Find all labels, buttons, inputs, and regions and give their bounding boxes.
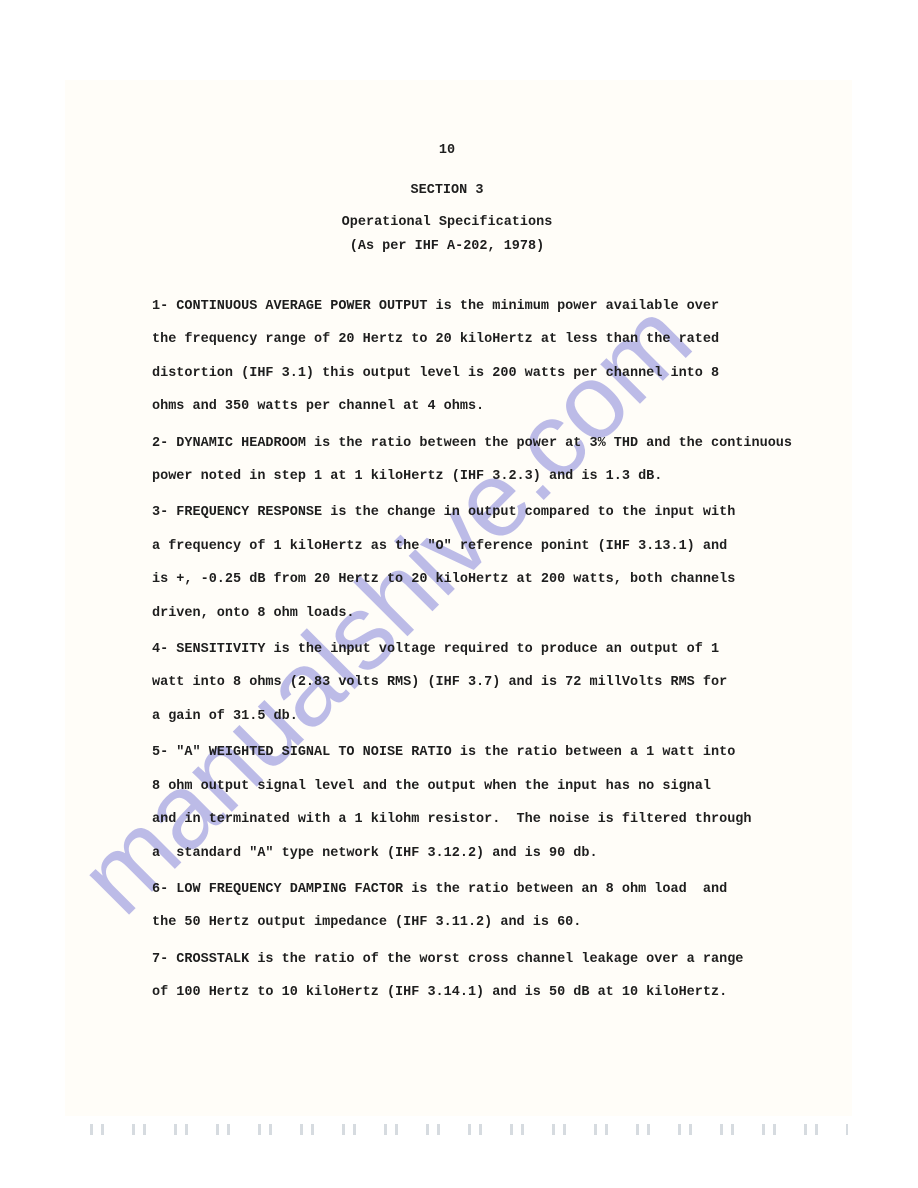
doc-line: the 50 Hertz output impedance (IHF 3.11.… [152, 906, 852, 939]
spec-paragraph-7: 7- CROSSTALK is the ratio of the worst c… [152, 943, 852, 1010]
doc-line: watt into 8 ohms (2.83 volts RMS) (IHF 3… [152, 666, 852, 699]
doc-line: a frequency of 1 kiloHertz as the "O" re… [152, 530, 852, 563]
page-edge-perforation [90, 1124, 848, 1135]
spec-paragraph-6: 6- LOW FREQUENCY DAMPING FACTOR is the r… [152, 873, 852, 940]
spec-paragraph-2: 2- DYNAMIC HEADROOM is the ratio between… [152, 427, 852, 494]
doc-line: ohms and 350 watts per channel at 4 ohms… [152, 390, 852, 423]
doc-line: 7- CROSSTALK is the ratio of the worst c… [152, 943, 852, 976]
doc-line: the frequency range of 20 Hertz to 20 ki… [152, 323, 852, 356]
spec-paragraph-3: 3- FREQUENCY RESPONSE is the change in o… [152, 496, 852, 630]
specifications-body: 1- CONTINUOUS AVERAGE POWER OUTPUT is th… [152, 290, 852, 1013]
doc-line: power noted in step 1 at 1 kiloHertz (IH… [152, 460, 852, 493]
scanned-document-page: manualshive.com 10 SECTION 3 Operational… [0, 0, 918, 1188]
doc-line: of 100 Hertz to 10 kiloHertz (IHF 3.14.1… [152, 976, 852, 1009]
spec-paragraph-5: 5- "A" WEIGHTED SIGNAL TO NOISE RATIO is… [152, 736, 852, 870]
doc-line: distortion (IHF 3.1) this output level i… [152, 357, 852, 390]
doc-line: 8 ohm output signal level and the output… [152, 770, 852, 803]
doc-line: 3- FREQUENCY RESPONSE is the change in o… [152, 496, 852, 529]
doc-line: is +, -0.25 dB from 20 Hertz to 20 kiloH… [152, 563, 852, 596]
doc-line: and in terminated with a 1 kilohm resist… [152, 803, 852, 836]
doc-line: 5- "A" WEIGHTED SIGNAL TO NOISE RATIO is… [152, 736, 852, 769]
doc-line: 4- SENSITIVITY is the input voltage requ… [152, 633, 852, 666]
doc-line: 2- DYNAMIC HEADROOM is the ratio between… [152, 427, 852, 460]
section-heading: SECTION 3 [152, 183, 742, 198]
spec-paragraph-4: 4- SENSITIVITY is the input voltage requ… [152, 633, 852, 733]
doc-line: 6- LOW FREQUENCY DAMPING FACTOR is the r… [152, 873, 852, 906]
doc-line: 1- CONTINUOUS AVERAGE POWER OUTPUT is th… [152, 290, 852, 323]
doc-line: driven, onto 8 ohm loads. [152, 597, 852, 630]
document-title: Operational Specifications [152, 215, 742, 230]
spec-paragraph-1: 1- CONTINUOUS AVERAGE POWER OUTPUT is th… [152, 290, 852, 424]
doc-line: a standard "A" type network (IHF 3.12.2)… [152, 837, 852, 870]
page-number: 10 [152, 143, 742, 158]
doc-line: a gain of 31.5 db. [152, 700, 852, 733]
document-subtitle: (As per IHF A-202, 1978) [152, 239, 742, 254]
